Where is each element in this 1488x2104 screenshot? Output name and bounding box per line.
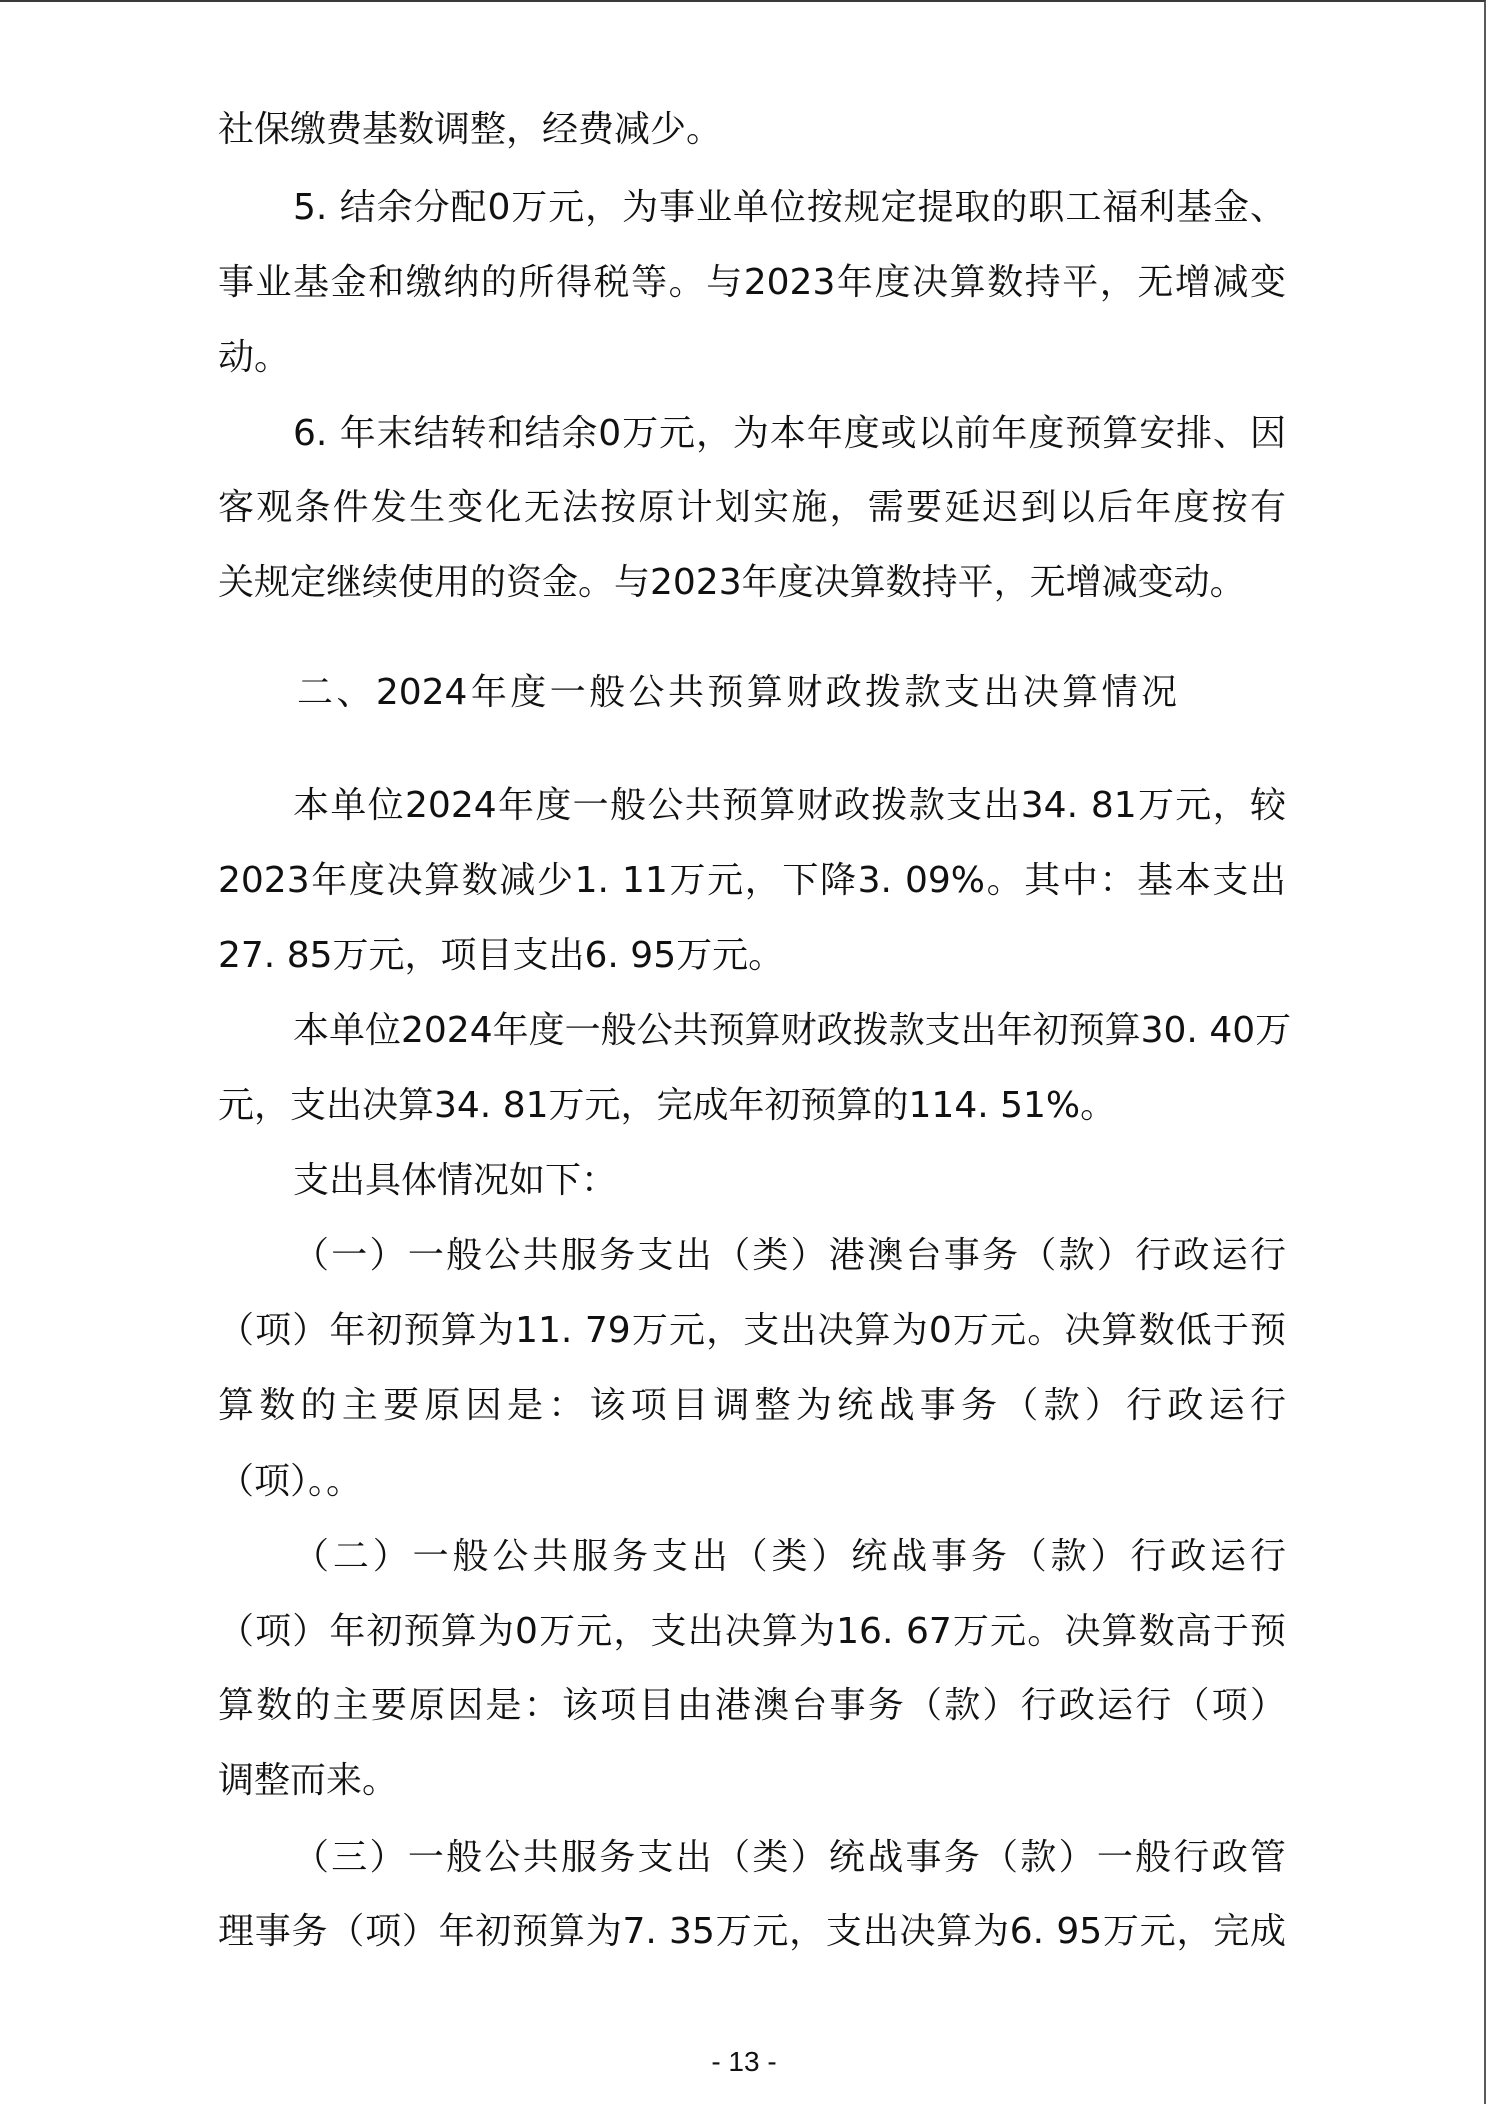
text-line: （项）年初预算为11. 79万元，支出决算为0万元。决算数低于预 [218,1293,1286,1368]
text-line: 本单位2024年度一般公共预算财政拨款支出年初预算30. 40万 [293,993,1286,1068]
text-line: 2023年度决算数减少1. 11万元，下降3. 09%。其中：基本支出 [218,843,1286,918]
text-line: 社保缴费基数调整，经费减少。 [218,92,1286,167]
text-line: 元，支出决算34. 81万元，完成年初预算的114. 51%。 [218,1068,1286,1143]
text-line: （项）年初预算为0万元，支出决算为16. 67万元。决算数高于预 [218,1594,1286,1669]
text-line: （二）一般公共服务支出（类）统战事务（款）行政运行 [293,1519,1286,1594]
text-line: 算数的主要原因是：该项目调整为统战事务（款）行政运行 [218,1368,1286,1443]
section-heading: 二、2024年度一般公共预算财政拨款支出决算情况 [297,655,1177,730]
document-page: 社保缴费基数调整，经费减少。5. 结余分配0万元，为事业单位按规定提取的职工福利… [0,0,1486,2104]
text-line: 5. 结余分配0万元，为事业单位按规定提取的职工福利基金、 [293,170,1286,245]
page-number: - 13 - [0,2042,1488,2082]
text-line: 支出具体情况如下： [293,1143,1286,1218]
text-line: 客观条件发生变化无法按原计划实施，需要延迟到以后年度按有 [218,470,1286,545]
text-line: （一）一般公共服务支出（类）港澳台事务（款）行政运行 [293,1218,1286,1293]
text-line: 6. 年末结转和结余0万元，为本年度或以前年度预算安排、因 [293,396,1286,471]
text-line: （三）一般公共服务支出（类）统战事务（款）一般行政管 [293,1820,1286,1895]
text-line: （项）。。 [218,1444,1286,1519]
text-line: 本单位2024年度一般公共预算财政拨款支出34. 81万元，较 [293,768,1286,843]
text-line: 27. 85万元，项目支出6. 95万元。 [218,918,1286,993]
text-line: 关规定继续使用的资金。与2023年度决算数持平，无增减变动。 [218,545,1286,620]
text-line: 调整而来。 [218,1743,1286,1818]
text-line: 理事务（项）年初预算为7. 35万元，支出决算为6. 95万元，完成 [218,1894,1286,1969]
text-line: 算数的主要原因是：该项目由港澳台事务（款）行政运行（项） [218,1668,1286,1743]
text-line: 动。 [218,320,1286,395]
text-line: 事业基金和缴纳的所得税等。与2023年度决算数持平，无增减变 [218,245,1286,320]
